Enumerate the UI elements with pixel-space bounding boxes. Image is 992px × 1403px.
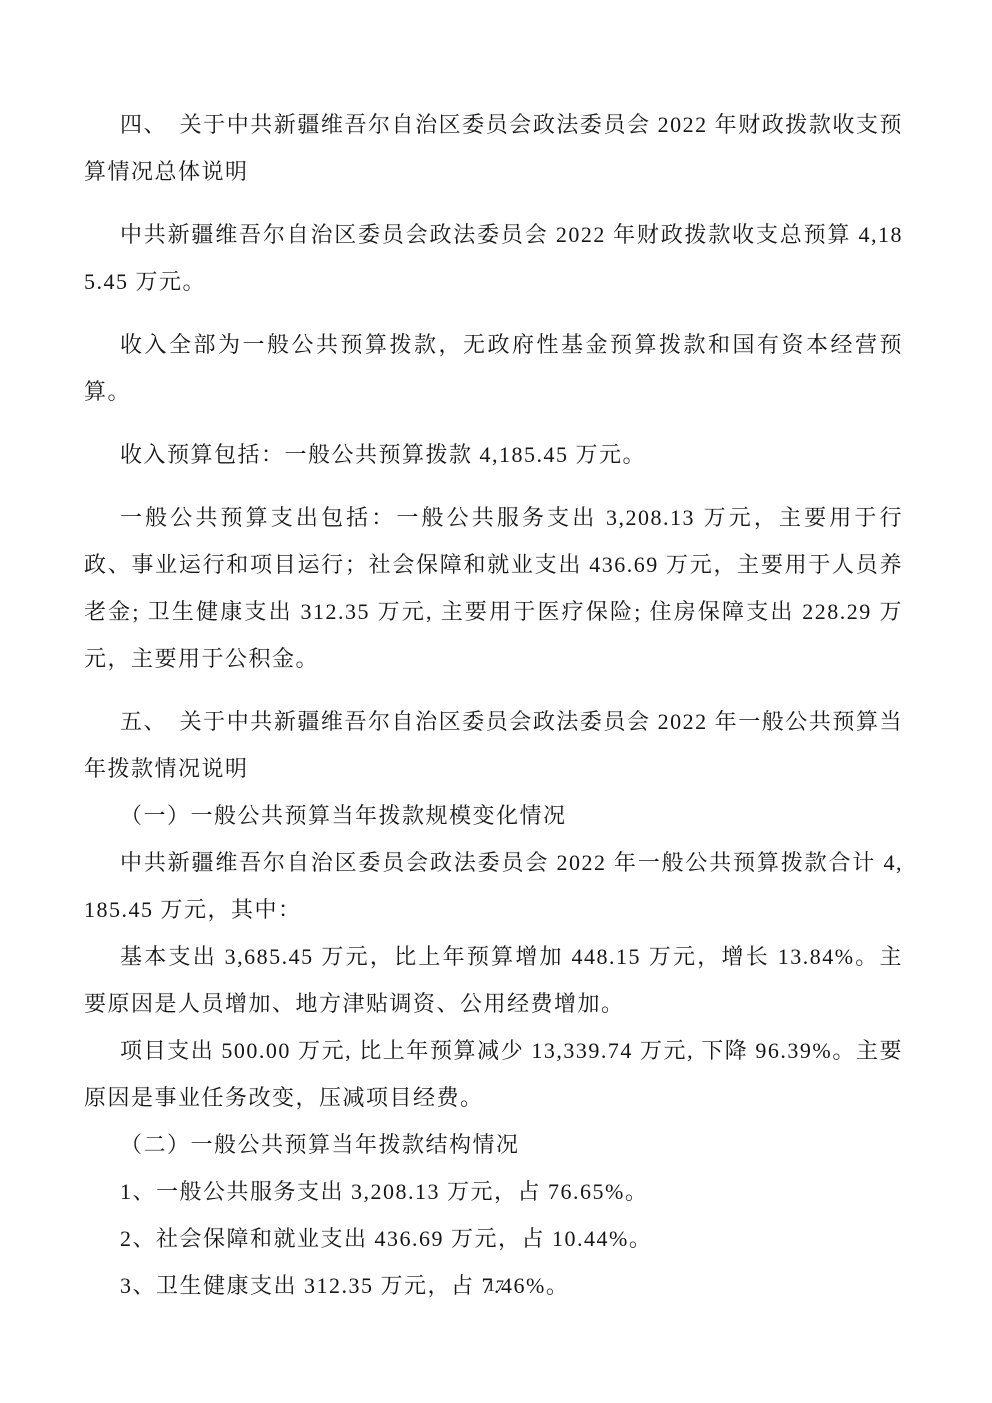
page-number: 17 <box>0 1278 992 1296</box>
paragraph-section-5-heading: 五、 关于中共新疆维吾尔自治区委员会政法委员会 2022 年一般公共预算当年拨款… <box>84 698 903 792</box>
document-body: 四、 关于中共新疆维吾尔自治区委员会政法委员会 2022 年财政拨款收支预算情况… <box>84 101 903 1309</box>
paragraph-income-source: 收入全部为一般公共预算拨款，无政府性基金预算拨款和国有资本经营预算。 <box>84 321 903 415</box>
paragraph-project-expenditure: 项目支出 500.00 万元, 比上年预算减少 13,339.74 万元, 下降… <box>84 1027 903 1121</box>
paragraph-basic-expenditure: 基本支出 3,685.45 万元，比上年预算增加 448.15 万元，增长 13… <box>84 933 903 1027</box>
paragraph-income-budget: 收入预算包括：一般公共预算拨款 4,185.45 万元。 <box>84 431 903 478</box>
paragraph-expenditure-breakdown: 一般公共预算支出包括：一般公共服务支出 3,208.13 万元，主要用于行政、事… <box>84 494 903 682</box>
paragraph-total-budget: 中共新疆维吾尔自治区委员会政法委员会 2022 年财政拨款收支总预算 4,185… <box>84 211 903 305</box>
paragraph-allocation-total: 中共新疆维吾尔自治区委员会政法委员会 2022 年一般公共预算拨款合计 4,18… <box>84 839 903 933</box>
paragraph-sub-2-heading: （二）一般公共预算当年拨款结构情况 <box>84 1121 903 1168</box>
paragraph-structure-item-2: 2、社会保障和就业支出 436.69 万元，占 10.44%。 <box>84 1215 903 1262</box>
paragraph-sub-1-heading: （一）一般公共预算当年拨款规模变化情况 <box>84 792 903 839</box>
paragraph-section-4-heading: 四、 关于中共新疆维吾尔自治区委员会政法委员会 2022 年财政拨款收支预算情况… <box>84 101 903 195</box>
paragraph-structure-item-1: 1、一般公共服务支出 3,208.13 万元，占 76.65%。 <box>84 1168 903 1215</box>
document-page: 四、 关于中共新疆维吾尔自治区委员会政法委员会 2022 年财政拨款收支预算情况… <box>0 0 992 1403</box>
